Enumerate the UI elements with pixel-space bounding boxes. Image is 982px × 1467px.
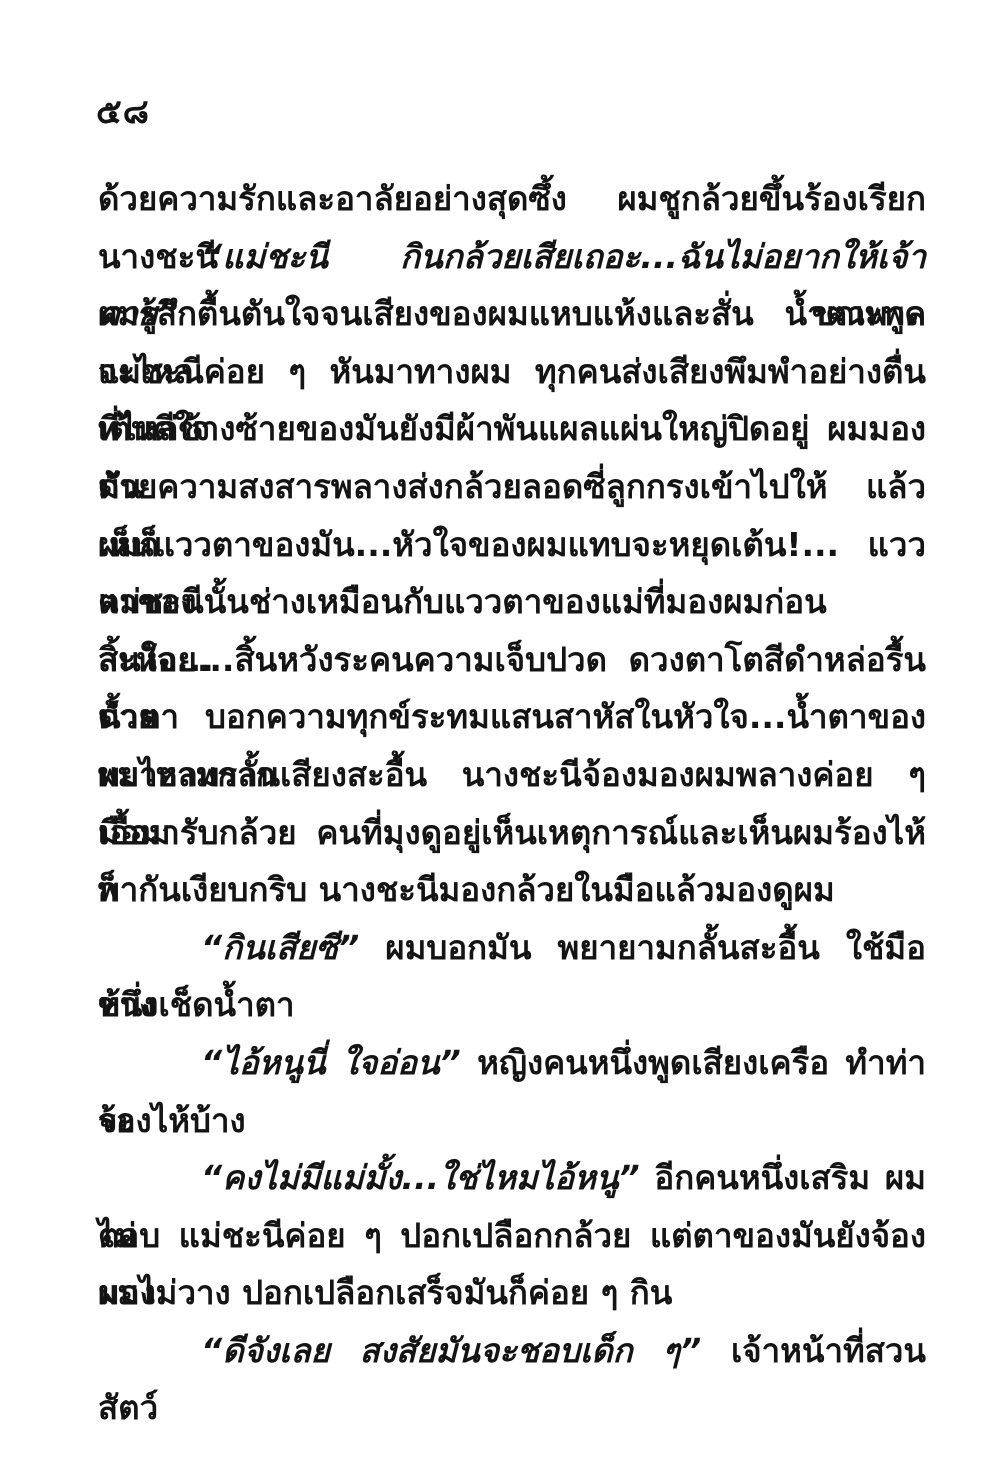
text-line: หนึ่งเช็ดน้ำตา [98, 976, 926, 1034]
narration-segment: พากันเงียบกริบ นางชะนีมองกล้วยในมือแล้วม… [98, 870, 835, 909]
dialogue-segment: “ดีจังเลย สงสัยมันจะชอบเด็ก ๆ” [201, 1331, 701, 1370]
text-line: ที่ไหล่ข้างซ้ายของมันยังมีผ้าพันแผลแผ่นใ… [98, 400, 926, 458]
page-number: ๕๘ [96, 84, 150, 138]
dialogue-segment: “คงไม่มีแม่มั้ง...ใช่ไหมไอ้หนู” [201, 1158, 640, 1197]
dialogue-segment: “ไอ้หนูนี่ ใจอ่อน” [201, 1043, 461, 1082]
book-page: ๕๘ ด้วยความรักและอาลัยอย่างสุดซึ้ง ผมชูก… [0, 0, 982, 1467]
narration-segment: ร้องไห้บ้าง [98, 1101, 246, 1140]
text-line: “แม่ชะนี กินกล้วยเสียเถอะ...ฉันไม่อยากให… [98, 228, 926, 286]
text-line: “คงไม่มีแม่มั้ง...ใช่ไหมไอ้หนู” อีกคนหนึ… [98, 1149, 926, 1207]
text-line: พยายามกลั้นเสียงสะอื้น นางชะนีจ้องมองผมพ… [98, 746, 926, 804]
text-line: แม่ชะนีค่อย ๆ หันมาทางผม ทุกคนส่งเสียงพึ… [98, 343, 926, 401]
text-line: ร้องไห้บ้าง [98, 1092, 926, 1150]
narration-segment: หนึ่งเช็ดน้ำตา [98, 985, 295, 1024]
narration-segment: ผมไม่วาง ปอกเปลือกเสร็จมันก็ค่อย ๆ กิน [98, 1273, 672, 1312]
text-line: ละห้อย...สิ้นหวังระคนความเจ็บปวด ดวงตาโต… [98, 631, 926, 689]
text-line: ผมรู้สึกตื้นตันใจจนเสียงของผมแหบแห้งและส… [98, 285, 926, 343]
text-line: เห็นแววตาของมัน...หัวใจของผมแทบจะหยุดเต้… [98, 516, 926, 574]
text-block: ด้วยความรักและอาลัยอย่างสุดซึ้ง ผมชูกล้ว… [98, 170, 926, 1379]
text-line: “กินเสียซี” ผมบอกมัน พยายามกลั้นสะอื้น ใ… [98, 919, 926, 977]
text-line: ด้วยความรักและอาลัยอย่างสุดซึ้ง ผมชูกล้ว… [98, 170, 926, 228]
text-line: ด้วยความสงสารพลางส่งกล้วยลอดซี่ลูกกรงเข้… [98, 458, 926, 516]
text-line: พากันเงียบกริบ นางชะนีมองกล้วยในมือแล้วม… [98, 861, 926, 919]
text-line: ตอบ แม่ชะนีค่อย ๆ ปอกเปลือกกล้วย แต่ตาขอ… [98, 1207, 926, 1265]
text-line: “ดีจังเลย สงสัยมันจะชอบเด็ก ๆ” เจ้าหน้าท… [98, 1322, 926, 1380]
text-line: แม่ชะนีนั้นช่างเหมือนกับแววตาของแม่ที่มอ… [98, 573, 926, 631]
text-line: น้ำตา บอกความทุกข์ระทมแสนสาหัสในหัวใจ...… [98, 688, 926, 746]
text-line: “ไอ้หนูนี่ ใจอ่อน” หญิงคนหนึ่งพูดเสียงเค… [98, 1034, 926, 1092]
text-line: มือมารับกล้วย คนที่มุงดูอยู่เห็นเหตุการณ… [98, 804, 926, 862]
text-line: ผมไม่วาง ปอกเปลือกเสร็จมันก็ค่อย ๆ กิน [98, 1264, 926, 1322]
dialogue-segment: “กินเสียซี” [201, 928, 359, 967]
